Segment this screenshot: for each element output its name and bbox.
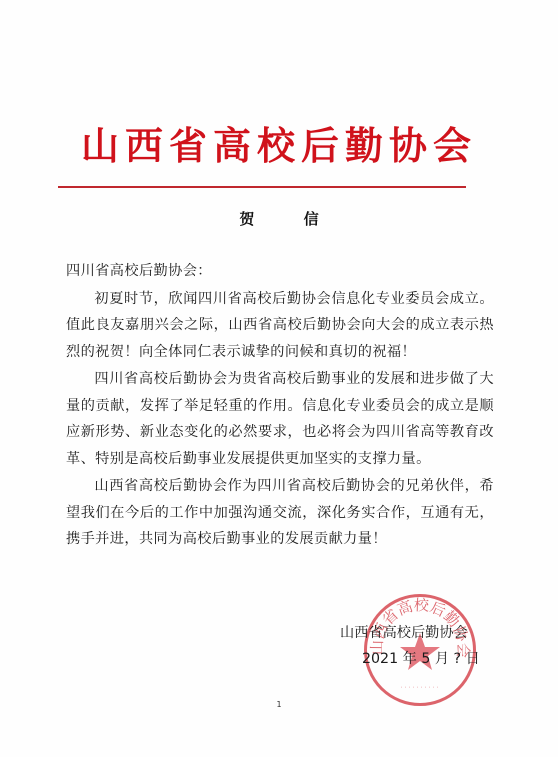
signature-date: 2021 年 5 月 ? 日 (340, 646, 500, 672)
paragraph-1: 初夏时节，欣闻四川省高校后勤协会信息化专业委员会成立。值此良友嘉朋兴会之际，山西… (66, 286, 494, 366)
letter-body: 四川省高校后勤协会： 初夏时节，欣闻四川省高校后勤协会信息化专业委员会成立。值此… (66, 258, 494, 553)
svg-text:··········: ·········· (400, 685, 440, 691)
paragraph-3: 山西省高校后勤协会作为四川省高校后勤协会的兄弟伙伴，希望我们在今后的工作中加强沟… (66, 473, 494, 553)
paragraph-2: 四川省高校后勤协会为贵省高校后勤事业的发展和进步做了大量的贡献，发挥了举足轻重的… (66, 366, 494, 472)
document-page: 山西省高校后勤协会 贺 信 四川省高校后勤协会： 初夏时节，欣闻四川省高校后勤协… (0, 0, 558, 757)
signature-block: 山西省高校后勤协会 2021 年 5 月 ? 日 (340, 620, 500, 672)
letterhead-divider (58, 186, 466, 188)
salutation: 四川省高校后勤协会： (66, 258, 494, 285)
signature-organization: 山西省高校后勤协会 (340, 620, 500, 646)
document-title: 贺 信 (0, 208, 558, 230)
letterhead-title: 山西省高校后勤协会 (0, 122, 558, 170)
page-number: 1 (0, 700, 558, 709)
